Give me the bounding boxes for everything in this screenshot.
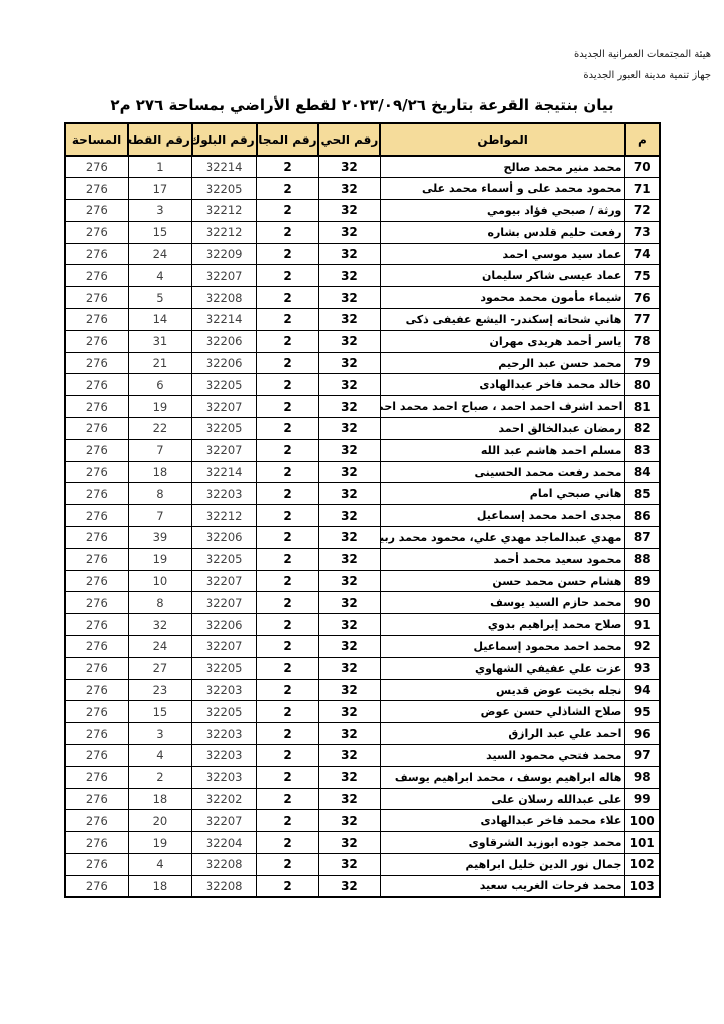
cell-plot-number: 23 (128, 679, 192, 701)
cell-plot-number: 19 (128, 832, 192, 854)
cell-plot-number: 1 (128, 156, 192, 178)
cell-district-number: 32 (318, 309, 380, 331)
cell-plot-number: 24 (128, 636, 192, 658)
cell-plot-number: 4 (128, 745, 192, 767)
cell-area: 276 (65, 221, 128, 243)
cell-area: 276 (65, 243, 128, 265)
cell-area: 276 (65, 200, 128, 222)
cell-neighborhood-number: 2 (257, 265, 319, 287)
cell-plot-number: 22 (128, 418, 192, 440)
cell-plot-number: 3 (128, 723, 192, 745)
table-row: 103 محمد فرحات الغريب سعيد 32 2 32208 18… (65, 875, 660, 897)
cell-district-number: 32 (318, 243, 380, 265)
table-header-row: م المواطن رقم الحي رقم المجاورة رقم البل… (65, 123, 660, 156)
cell-area: 276 (65, 723, 128, 745)
agency-name: جهاز تنمية مدينة العبور الجديدة (574, 65, 711, 86)
cell-district-number: 32 (318, 614, 380, 636)
cell-district-number: 32 (318, 200, 380, 222)
cell-plot-number: 3 (128, 200, 192, 222)
organization-name: هيئة المجتمعات العمرانية الجديدة (574, 44, 711, 65)
table-row: 81 احمد اشرف احمد احمد ، صباح احمد محمد … (65, 396, 660, 418)
cell-serial-number: 95 (625, 701, 660, 723)
cell-block-number: 32207 (192, 810, 257, 832)
cell-plot-number: 6 (128, 374, 192, 396)
table-row: 95 صلاح الشاذلي حسن عوض 32 2 32205 15 27… (65, 701, 660, 723)
cell-district-number: 32 (318, 875, 380, 897)
cell-neighborhood-number: 2 (257, 527, 319, 549)
table-row: 93 عزت علي عفيفي الشهاوي 32 2 32205 27 2… (65, 657, 660, 679)
cell-block-number: 32206 (192, 330, 257, 352)
cell-area: 276 (65, 156, 128, 178)
cell-serial-number: 72 (625, 200, 660, 222)
cell-plot-number: 2 (128, 766, 192, 788)
cell-citizen-name: هاني صبحي امام (380, 483, 625, 505)
cell-district-number: 32 (318, 636, 380, 658)
cell-citizen-name: صلاح محمد إبراهيم بدوي (380, 614, 625, 636)
cell-serial-number: 86 (625, 505, 660, 527)
cell-block-number: 32203 (192, 766, 257, 788)
cell-serial-number: 77 (625, 309, 660, 331)
cell-citizen-name: ياسر أحمد هريدى مهران (380, 330, 625, 352)
cell-neighborhood-number: 2 (257, 570, 319, 592)
cell-neighborhood-number: 2 (257, 548, 319, 570)
cell-neighborhood-number: 2 (257, 766, 319, 788)
cell-serial-number: 71 (625, 178, 660, 200)
cell-serial-number: 90 (625, 592, 660, 614)
cell-neighborhood-number: 2 (257, 243, 319, 265)
table-row: 77 هاني شحاته إسكندر- اليشع عفيفى ذكى 32… (65, 309, 660, 331)
cell-plot-number: 15 (128, 221, 192, 243)
cell-area: 276 (65, 483, 128, 505)
cell-area: 276 (65, 570, 128, 592)
cell-plot-number: 39 (128, 527, 192, 549)
cell-plot-number: 19 (128, 548, 192, 570)
table-row: 75 عماد عيسى شاكر سليمان 32 2 32207 4 27… (65, 265, 660, 287)
cell-area: 276 (65, 527, 128, 549)
cell-serial-number: 70 (625, 156, 660, 178)
cell-citizen-name: محمد حسن عبد الرحيم (380, 352, 625, 374)
cell-block-number: 32212 (192, 200, 257, 222)
table-row: 99 على عبدالله رسلان على 32 2 32202 18 2… (65, 788, 660, 810)
cell-block-number: 32202 (192, 788, 257, 810)
cell-block-number: 32205 (192, 374, 257, 396)
cell-block-number: 32206 (192, 614, 257, 636)
cell-plot-number: 15 (128, 701, 192, 723)
table-row: 78 ياسر أحمد هريدى مهران 32 2 32206 31 2… (65, 330, 660, 352)
cell-district-number: 32 (318, 178, 380, 200)
lottery-results-table-wrapper: م المواطن رقم الحي رقم المجاورة رقم البل… (64, 122, 661, 898)
cell-block-number: 32208 (192, 854, 257, 876)
cell-citizen-name: هاني شحاته إسكندر- اليشع عفيفى ذكى (380, 309, 625, 331)
cell-block-number: 32207 (192, 570, 257, 592)
cell-area: 276 (65, 614, 128, 636)
cell-citizen-name: رمضان عبدالخالق احمد (380, 418, 625, 440)
table-row: 94 نجله بخيت عوض قديس 32 2 32203 23 276 (65, 679, 660, 701)
table-row: 70 محمد منير محمد صالح 32 2 32214 1 276 (65, 156, 660, 178)
cell-block-number: 32208 (192, 875, 257, 897)
cell-citizen-name: رفعت حليم قلدس بشاره (380, 221, 625, 243)
cell-neighborhood-number: 2 (257, 309, 319, 331)
cell-district-number: 32 (318, 221, 380, 243)
cell-neighborhood-number: 2 (257, 505, 319, 527)
cell-serial-number: 102 (625, 854, 660, 876)
table-row: 101 محمد جوده ابوزيد الشرقاوى 32 2 32204… (65, 832, 660, 854)
cell-citizen-name: محمد جوده ابوزيد الشرقاوى (380, 832, 625, 854)
cell-neighborhood-number: 2 (257, 461, 319, 483)
cell-block-number: 32206 (192, 352, 257, 374)
table-row: 84 محمد رفعت محمد الحسينى 32 2 32214 18 … (65, 461, 660, 483)
cell-area: 276 (65, 701, 128, 723)
cell-district-number: 32 (318, 832, 380, 854)
cell-neighborhood-number: 2 (257, 657, 319, 679)
cell-area: 276 (65, 265, 128, 287)
cell-area: 276 (65, 418, 128, 440)
cell-area: 276 (65, 766, 128, 788)
cell-block-number: 32208 (192, 287, 257, 309)
cell-neighborhood-number: 2 (257, 221, 319, 243)
cell-serial-number: 92 (625, 636, 660, 658)
cell-citizen-name: على عبدالله رسلان على (380, 788, 625, 810)
cell-neighborhood-number: 2 (257, 396, 319, 418)
cell-district-number: 32 (318, 548, 380, 570)
cell-district-number: 32 (318, 265, 380, 287)
cell-neighborhood-number: 2 (257, 701, 319, 723)
cell-serial-number: 84 (625, 461, 660, 483)
cell-neighborhood-number: 2 (257, 330, 319, 352)
table-row: 80 خالد محمد فاخر عبدالهادى 32 2 32205 6… (65, 374, 660, 396)
cell-citizen-name: جمال نور الدين خليل ابراهيم (380, 854, 625, 876)
cell-block-number: 32214 (192, 309, 257, 331)
cell-area: 276 (65, 832, 128, 854)
table-body: 70 محمد منير محمد صالح 32 2 32214 1 276 … (65, 156, 660, 897)
cell-serial-number: 73 (625, 221, 660, 243)
cell-serial-number: 80 (625, 374, 660, 396)
cell-district-number: 32 (318, 657, 380, 679)
cell-plot-number: 4 (128, 265, 192, 287)
cell-serial-number: 85 (625, 483, 660, 505)
cell-block-number: 32205 (192, 657, 257, 679)
cell-area: 276 (65, 287, 128, 309)
cell-citizen-name: محمد رفعت محمد الحسينى (380, 461, 625, 483)
cell-block-number: 32205 (192, 178, 257, 200)
cell-serial-number: 98 (625, 766, 660, 788)
cell-neighborhood-number: 2 (257, 614, 319, 636)
cell-district-number: 32 (318, 527, 380, 549)
cell-citizen-name: محمود سعيد محمد أحمد (380, 548, 625, 570)
cell-neighborhood-number: 2 (257, 854, 319, 876)
cell-citizen-name: عزت علي عفيفي الشهاوي (380, 657, 625, 679)
cell-neighborhood-number: 2 (257, 832, 319, 854)
cell-district-number: 32 (318, 810, 380, 832)
cell-district-number: 32 (318, 156, 380, 178)
cell-citizen-name: هشام حسن محمد حسن (380, 570, 625, 592)
cell-plot-number: 17 (128, 178, 192, 200)
cell-block-number: 32206 (192, 527, 257, 549)
cell-area: 276 (65, 592, 128, 614)
cell-area: 276 (65, 439, 128, 461)
cell-serial-number: 89 (625, 570, 660, 592)
table-row: 86 مجدى احمد محمد إسماعيل 32 2 32212 7 2… (65, 505, 660, 527)
column-header-plot-number: رقم القطعة (128, 123, 192, 156)
cell-plot-number: 8 (128, 592, 192, 614)
cell-neighborhood-number: 2 (257, 483, 319, 505)
table-row: 74 عماد سيد موسي احمد 32 2 32209 24 276 (65, 243, 660, 265)
cell-district-number: 32 (318, 854, 380, 876)
cell-block-number: 32205 (192, 548, 257, 570)
cell-district-number: 32 (318, 679, 380, 701)
cell-plot-number: 4 (128, 854, 192, 876)
column-header-serial: م (625, 123, 660, 156)
cell-plot-number: 14 (128, 309, 192, 331)
table-row: 79 محمد حسن عبد الرحيم 32 2 32206 21 276 (65, 352, 660, 374)
cell-citizen-name: صلاح الشاذلي حسن عوض (380, 701, 625, 723)
table-row: 90 محمد حازم السيد يوسف 32 2 32207 8 276 (65, 592, 660, 614)
cell-district-number: 32 (318, 439, 380, 461)
cell-citizen-name: احمد علي عبد الرازق (380, 723, 625, 745)
cell-block-number: 32203 (192, 723, 257, 745)
cell-neighborhood-number: 2 (257, 374, 319, 396)
table-row: 85 هاني صبحي امام 32 2 32203 8 276 (65, 483, 660, 505)
cell-neighborhood-number: 2 (257, 875, 319, 897)
column-header-district-number: رقم الحي (318, 123, 380, 156)
cell-block-number: 32207 (192, 396, 257, 418)
cell-district-number: 32 (318, 418, 380, 440)
cell-serial-number: 87 (625, 527, 660, 549)
cell-serial-number: 96 (625, 723, 660, 745)
cell-area: 276 (65, 309, 128, 331)
cell-area: 276 (65, 352, 128, 374)
cell-citizen-name: ورثة / صبحي فؤاد بيومي (380, 200, 625, 222)
cell-serial-number: 76 (625, 287, 660, 309)
cell-citizen-name: محمد فتحي محمود السيد (380, 745, 625, 767)
cell-district-number: 32 (318, 483, 380, 505)
cell-plot-number: 18 (128, 788, 192, 810)
cell-plot-number: 7 (128, 505, 192, 527)
cell-block-number: 32204 (192, 832, 257, 854)
column-header-neighborhood-number: رقم المجاورة (257, 123, 319, 156)
column-header-area: المساحة (65, 123, 128, 156)
cell-plot-number: 5 (128, 287, 192, 309)
cell-plot-number: 24 (128, 243, 192, 265)
cell-citizen-name: خالد محمد فاخر عبدالهادى (380, 374, 625, 396)
cell-area: 276 (65, 745, 128, 767)
cell-area: 276 (65, 548, 128, 570)
cell-area: 276 (65, 330, 128, 352)
cell-neighborhood-number: 2 (257, 156, 319, 178)
cell-neighborhood-number: 2 (257, 810, 319, 832)
cell-block-number: 32203 (192, 745, 257, 767)
cell-serial-number: 94 (625, 679, 660, 701)
cell-district-number: 32 (318, 287, 380, 309)
cell-serial-number: 79 (625, 352, 660, 374)
cell-neighborhood-number: 2 (257, 287, 319, 309)
cell-district-number: 32 (318, 592, 380, 614)
cell-citizen-name: شيماء مأمون محمد محمود (380, 287, 625, 309)
cell-plot-number: 18 (128, 875, 192, 897)
cell-district-number: 32 (318, 352, 380, 374)
cell-district-number: 32 (318, 745, 380, 767)
cell-serial-number: 81 (625, 396, 660, 418)
table-row: 96 احمد علي عبد الرازق 32 2 32203 3 276 (65, 723, 660, 745)
cell-block-number: 32214 (192, 156, 257, 178)
cell-citizen-name: علاء محمد فاخر عبدالهادى (380, 810, 625, 832)
cell-district-number: 32 (318, 330, 380, 352)
table-row: 92 محمد احمد محمود إسماعيل 32 2 32207 24… (65, 636, 660, 658)
cell-block-number: 32205 (192, 701, 257, 723)
lottery-results-table: م المواطن رقم الحي رقم المجاورة رقم البل… (64, 122, 661, 898)
cell-neighborhood-number: 2 (257, 745, 319, 767)
cell-area: 276 (65, 679, 128, 701)
table-row: 100 علاء محمد فاخر عبدالهادى 32 2 32207 … (65, 810, 660, 832)
cell-district-number: 32 (318, 570, 380, 592)
cell-plot-number: 10 (128, 570, 192, 592)
cell-district-number: 32 (318, 766, 380, 788)
cell-citizen-name: مجدى احمد محمد إسماعيل (380, 505, 625, 527)
cell-serial-number: 93 (625, 657, 660, 679)
cell-citizen-name: محمد فرحات الغريب سعيد (380, 875, 625, 897)
cell-citizen-name: نجله بخيت عوض قديس (380, 679, 625, 701)
page-title: بيان بنتيجة القرعة بتاريخ ٢٠٢٣/٠٩/٢٦ لقط… (0, 96, 724, 114)
cell-neighborhood-number: 2 (257, 636, 319, 658)
cell-citizen-name: عماد عيسى شاكر سليمان (380, 265, 625, 287)
cell-district-number: 32 (318, 374, 380, 396)
cell-plot-number: 18 (128, 461, 192, 483)
table-row: 82 رمضان عبدالخالق احمد 32 2 32205 22 27… (65, 418, 660, 440)
cell-neighborhood-number: 2 (257, 178, 319, 200)
cell-block-number: 32214 (192, 461, 257, 483)
cell-district-number: 32 (318, 505, 380, 527)
cell-neighborhood-number: 2 (257, 200, 319, 222)
cell-block-number: 32207 (192, 636, 257, 658)
cell-area: 276 (65, 461, 128, 483)
cell-plot-number: 21 (128, 352, 192, 374)
cell-block-number: 32209 (192, 243, 257, 265)
cell-citizen-name: عماد سيد موسي احمد (380, 243, 625, 265)
cell-serial-number: 99 (625, 788, 660, 810)
column-header-block-number: رقم البلوك (192, 123, 257, 156)
cell-citizen-name: محمد منير محمد صالح (380, 156, 625, 178)
cell-serial-number: 82 (625, 418, 660, 440)
cell-block-number: 32207 (192, 592, 257, 614)
cell-serial-number: 83 (625, 439, 660, 461)
cell-area: 276 (65, 657, 128, 679)
table-row: 102 جمال نور الدين خليل ابراهيم 32 2 322… (65, 854, 660, 876)
cell-area: 276 (65, 178, 128, 200)
cell-block-number: 32205 (192, 418, 257, 440)
cell-citizen-name: احمد اشرف احمد احمد ، صباح احمد محمد احم… (380, 396, 625, 418)
document-page: هيئة المجتمعات العمرانية الجديدة جهاز تن… (0, 0, 724, 1024)
cell-plot-number: 32 (128, 614, 192, 636)
cell-neighborhood-number: 2 (257, 679, 319, 701)
cell-plot-number: 8 (128, 483, 192, 505)
cell-area: 276 (65, 854, 128, 876)
cell-plot-number: 20 (128, 810, 192, 832)
table-row: 98 هاله ابراهيم يوسف ، محمد ابراهيم يوسف… (65, 766, 660, 788)
cell-area: 276 (65, 505, 128, 527)
cell-area: 276 (65, 788, 128, 810)
table-row: 88 محمود سعيد محمد أحمد 32 2 32205 19 27… (65, 548, 660, 570)
cell-serial-number: 74 (625, 243, 660, 265)
cell-area: 276 (65, 374, 128, 396)
cell-district-number: 32 (318, 396, 380, 418)
table-row: 97 محمد فتحي محمود السيد 32 2 32203 4 27… (65, 745, 660, 767)
cell-citizen-name: محمود محمد على و أسماء محمد على (380, 178, 625, 200)
cell-area: 276 (65, 636, 128, 658)
cell-citizen-name: هاله ابراهيم يوسف ، محمد ابراهيم يوسف (380, 766, 625, 788)
organization-header: هيئة المجتمعات العمرانية الجديدة جهاز تن… (574, 44, 711, 86)
cell-district-number: 32 (318, 461, 380, 483)
cell-citizen-name: محمد حازم السيد يوسف (380, 592, 625, 614)
cell-neighborhood-number: 2 (257, 418, 319, 440)
cell-neighborhood-number: 2 (257, 723, 319, 745)
cell-block-number: 32207 (192, 439, 257, 461)
cell-area: 276 (65, 396, 128, 418)
cell-area: 276 (65, 875, 128, 897)
table-row: 83 مسلم احمد هاشم عبد الله 32 2 32207 7 … (65, 439, 660, 461)
cell-district-number: 32 (318, 723, 380, 745)
cell-area: 276 (65, 810, 128, 832)
cell-serial-number: 75 (625, 265, 660, 287)
cell-citizen-name: مسلم احمد هاشم عبد الله (380, 439, 625, 461)
cell-neighborhood-number: 2 (257, 352, 319, 374)
cell-serial-number: 78 (625, 330, 660, 352)
cell-serial-number: 88 (625, 548, 660, 570)
table-row: 89 هشام حسن محمد حسن 32 2 32207 10 276 (65, 570, 660, 592)
cell-citizen-name: مهدي عبدالماجد مهدي علي، محمود محمد ربيع… (380, 527, 625, 549)
cell-serial-number: 103 (625, 875, 660, 897)
table-row: 72 ورثة / صبحي فؤاد بيومي 32 2 32212 3 2… (65, 200, 660, 222)
cell-neighborhood-number: 2 (257, 788, 319, 810)
cell-serial-number: 91 (625, 614, 660, 636)
cell-block-number: 32212 (192, 221, 257, 243)
cell-neighborhood-number: 2 (257, 592, 319, 614)
column-header-citizen: المواطن (380, 123, 625, 156)
table-row: 73 رفعت حليم قلدس بشاره 32 2 32212 15 27… (65, 221, 660, 243)
cell-district-number: 32 (318, 701, 380, 723)
cell-plot-number: 7 (128, 439, 192, 461)
cell-serial-number: 100 (625, 810, 660, 832)
table-row: 71 محمود محمد على و أسماء محمد على 32 2 … (65, 178, 660, 200)
cell-neighborhood-number: 2 (257, 439, 319, 461)
cell-block-number: 32203 (192, 679, 257, 701)
cell-block-number: 32212 (192, 505, 257, 527)
cell-block-number: 32207 (192, 265, 257, 287)
cell-plot-number: 27 (128, 657, 192, 679)
table-row: 76 شيماء مأمون محمد محمود 32 2 32208 5 2… (65, 287, 660, 309)
cell-block-number: 32203 (192, 483, 257, 505)
cell-plot-number: 19 (128, 396, 192, 418)
cell-serial-number: 101 (625, 832, 660, 854)
cell-district-number: 32 (318, 788, 380, 810)
cell-serial-number: 97 (625, 745, 660, 767)
table-row: 91 صلاح محمد إبراهيم بدوي 32 2 32206 32 … (65, 614, 660, 636)
table-row: 87 مهدي عبدالماجد مهدي علي، محمود محمد ر… (65, 527, 660, 549)
cell-plot-number: 31 (128, 330, 192, 352)
cell-citizen-name: محمد احمد محمود إسماعيل (380, 636, 625, 658)
